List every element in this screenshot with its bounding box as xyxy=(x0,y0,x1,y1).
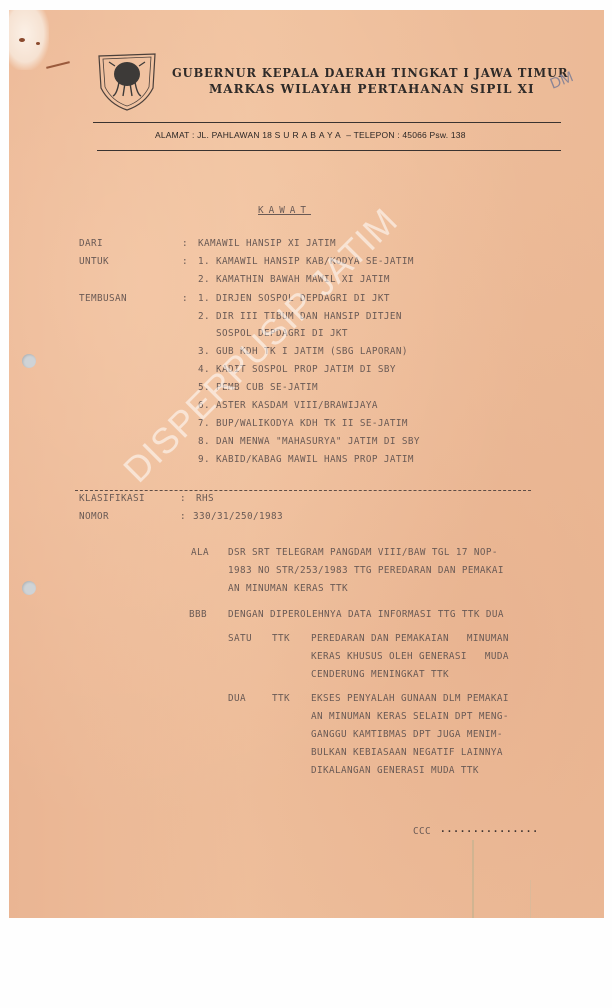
address-phone: – TELEPON : 45066 Psw. 138 xyxy=(346,130,465,140)
fold-line xyxy=(530,880,531,918)
colon: : xyxy=(182,293,188,304)
address-city: SURABAYA xyxy=(275,130,344,140)
shield-emblem-icon xyxy=(95,50,159,112)
ala-line: 1983 NO STR/253/1983 TTG PEREDARAN DAN P… xyxy=(228,565,504,576)
satu-tag: SATU xyxy=(228,633,252,644)
continuation-dots: ............... xyxy=(440,824,539,835)
ala-line: DSR SRT TELEGRAM PANGDAM VIII/BAW TGL 17… xyxy=(228,547,498,558)
letterhead-line-1: GUBERNUR KEPALA DAERAH TINGKAT I JAWA TI… xyxy=(172,66,568,80)
punch-hole xyxy=(22,354,36,368)
satu-line: CENDERUNG MENINGKAT TTK xyxy=(311,669,449,680)
klasifikasi-label: KLASIFIKASI xyxy=(79,493,145,504)
dua-line: EKSES PENYALAH GUNAAN DLM PEMAKAI xyxy=(311,693,509,704)
ala-line: AN MINUMAN KERAS TTK xyxy=(228,583,348,594)
satu-ttk: TTK xyxy=(272,633,290,644)
letterhead-rule-bottom xyxy=(97,150,561,151)
dua-tag: DUA xyxy=(228,693,246,704)
colon: : xyxy=(180,493,186,504)
untuk-label: UNTUK xyxy=(79,256,109,267)
dua-ttk: TTK xyxy=(272,693,290,704)
continuation-label: CCC xyxy=(413,826,431,837)
letterhead-address: ALAMAT : JL. PAHLAWAN 18 SURABAYA – TELE… xyxy=(155,130,466,140)
colon: : xyxy=(182,238,188,249)
tembusan-item: 7. BUP/WALIKODYA KDH TK II SE-JATIM xyxy=(198,418,408,429)
dari-label: DARI xyxy=(79,238,103,249)
untuk-item: 1. KAMAWIL HANSIP KAB/KODYA SE-JATIM xyxy=(198,256,414,267)
klasifikasi-value: RHS xyxy=(196,493,214,504)
dari-value: KAMAWIL HANSIP XI JATIM xyxy=(198,238,336,249)
colon: : xyxy=(182,256,188,267)
torn-corner xyxy=(9,10,49,70)
nomor-value: 330/31/250/1983 xyxy=(193,511,283,522)
stain-mark xyxy=(36,42,40,45)
bbb-line: DENGAN DIPEROLEHNYA DATA INFORMASI TTG T… xyxy=(228,609,504,620)
bbb-tag: BBB xyxy=(189,609,207,620)
colon: : xyxy=(180,511,186,522)
dua-line: AN MINUMAN KERAS SELAIN DPT MENG- xyxy=(311,711,509,722)
satu-line: KERAS KHUSUS OLEH GENERASI MUDA xyxy=(311,651,509,662)
satu-line: PEREDARAN DAN PEMAKAIAN MINUMAN xyxy=(311,633,509,644)
punch-hole xyxy=(22,581,36,595)
dua-line: BULKAN KEBIASAAN NEGATIF LAINNYA xyxy=(311,747,503,758)
letterhead-line-2: MARKAS WILAYAH PERTAHANAN SIPIL XI xyxy=(209,82,535,96)
fold-line xyxy=(472,840,474,918)
dua-line: GANGGU KAMTIBMAS DPT JUGA MENIM- xyxy=(311,729,503,740)
tembusan-item: 9. KABID/KABAG MAWIL HANS PROP JATIM xyxy=(198,454,414,465)
nomor-label: NOMOR xyxy=(79,511,109,522)
letterhead-rule-top xyxy=(93,122,561,123)
ala-tag: ALA xyxy=(191,547,209,558)
address-street: ALAMAT : JL. PAHLAWAN 18 xyxy=(155,130,272,140)
tembusan-label: TEMBUSAN xyxy=(79,293,127,304)
stain-mark xyxy=(19,38,25,42)
dua-line: DIKALANGAN GENERASI MUDA TTK xyxy=(311,765,479,776)
document-title: KAWAT xyxy=(258,205,311,216)
tembusan-item: 8. DAN MENWA "MAHASURYA" JATIM DI SBY xyxy=(198,436,420,447)
